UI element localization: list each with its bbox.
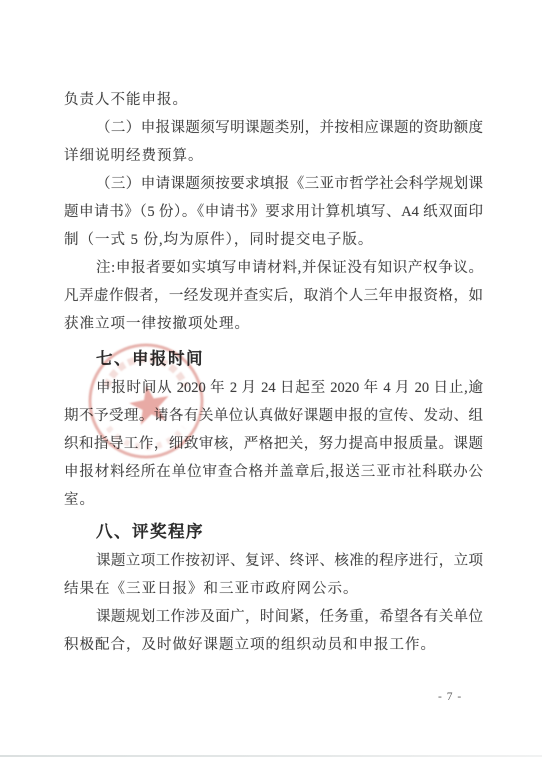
scan-edge-line	[0, 755, 542, 757]
document-page: 负责人不能申报。 （二）申报课题须写明课题类别，并按相应课题的资助额度 详细说明…	[64, 86, 483, 659]
text-line: 室。	[64, 486, 483, 514]
text-line: 织和指导工作，细致审核，严格把关，努力提高申报质量。课题	[64, 430, 483, 458]
section-heading-application-time: 七、申报时间	[64, 344, 483, 374]
text-line: 负责人不能申报。	[64, 86, 483, 114]
page-number: - 7 -	[438, 691, 462, 703]
text-line: （三）申请课题须按要求填报《三亚市哲学社会科学规划课	[64, 170, 483, 198]
text-line: （二）申报课题须写明课题类别，并按相应课题的资助额度	[64, 114, 483, 142]
text-line: 结果在《三亚日报》和三亚市政府网公示。	[64, 575, 483, 603]
text-line: 课题立项工作按初评、复评、终评、核准的程序进行，立项	[64, 547, 483, 575]
text-line: 题申请书》（5 份）。《申请书》要求用计算机填写、A4 纸双面印	[64, 198, 483, 226]
text-line: 获准立项一律按撤项处理。	[64, 310, 483, 338]
text-line: 申报材料经所在单位审查合格并盖章后,报送三亚市社科联办公	[64, 458, 483, 486]
text-line: 期不予受理。请各有关单位认真做好课题申报的宣传、发动、组	[64, 402, 483, 430]
section-heading-award-procedure: 八、评奖程序	[64, 517, 483, 547]
text-line: 积极配合，及时做好课题立项的组织动员和申报工作。	[64, 631, 483, 659]
text-line: 申报时间从 2020 年 2 月 24 日起至 2020 年 4 月 20 日止…	[64, 374, 483, 402]
text-line: 详细说明经费预算。	[64, 142, 483, 170]
text-line: 凡弄虚作假者，一经发现并查实后，取消个人三年申报资格，如	[64, 282, 483, 310]
text-line: 制（一式 5 份,均为原件），同时提交电子版。	[64, 226, 483, 254]
text-line: 课题规划工作涉及面广，时间紧，任务重，希望各有关单位	[64, 603, 483, 631]
text-line: 注:申报者要如实填写申请材料,并保证没有知识产权争议。	[64, 254, 483, 282]
